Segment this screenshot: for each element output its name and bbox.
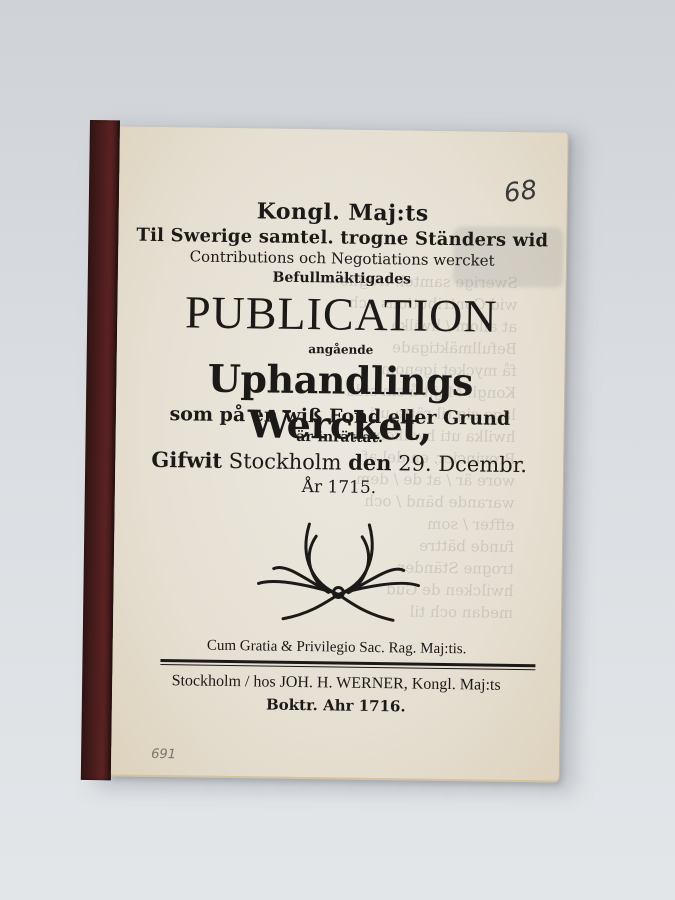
title-publication: PUBLICATION (117, 284, 566, 343)
wreath-ornament-icon (253, 513, 425, 625)
imprint-line-2: Boktr. Ahr 1716. (112, 693, 560, 717)
title-page: Swerige samtel. trogne wid Contributions… (111, 126, 569, 782)
given-word: Gifwit (151, 447, 222, 473)
title-line-majesty: Kongl. Maj:ts (119, 196, 567, 228)
place-word: Stockholm (229, 449, 342, 475)
den-word: den (348, 450, 392, 476)
date-word: 29. Dcembr. (398, 451, 527, 477)
imprint-line-1: Stockholm / hos JOH. H. WERNER, Kongl. M… (112, 671, 560, 695)
booklet: Swerige samtel. trogne wid Contributions… (81, 120, 580, 787)
pencil-note: 691 (151, 747, 176, 762)
privilege-line: Cum Gratia & Privilegio Sac. Rag. Maj:ti… (113, 636, 561, 659)
